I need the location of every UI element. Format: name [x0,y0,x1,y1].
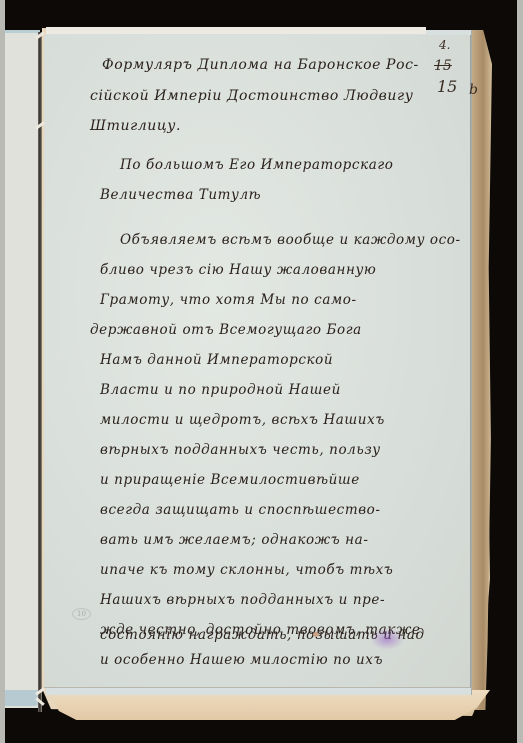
facing-page [5,30,40,708]
text-line: и приращеніе Всемилостивѣйше [100,472,360,488]
text-line: державной отъ Всемогущаго Бога [90,322,362,338]
text-line: вать имъ желаемъ; однакожъ на- [100,532,368,548]
text-line: всегда защищать и споспѣшество- [100,502,381,518]
text-line: Формуляръ Диплома на Баронское Рос- [102,57,419,73]
text-line: Власти и по природной Нашей [100,382,341,398]
edge-mark: b [469,82,478,98]
text-line: Величества Титулѣ [100,187,261,203]
text-line: По большомъ Его Императорскаго [120,157,394,173]
text-line: и особенно Нашею милостію по ихъ [100,652,383,668]
text-line: ипаче къ тому склонны, чтобъ тѣхъ [100,562,393,578]
text-line: бливо чрезъ сію Нашу жалованную [100,262,376,278]
binding-spine [38,32,42,712]
text-line: Намъ данной Императорской [100,352,333,368]
text-line: милости и щедротъ, всѣхъ Нашихъ [100,412,385,428]
text-line: Объявляемъ всѣмъ вообще и каждому осо- [120,232,461,248]
pencil-mark: 10 [72,608,91,620]
text-line: вѣрныхъ подданныхъ честь, пользу [100,442,381,458]
top-page-edge [46,27,426,34]
text-line: Грамоту, что хотя Мы по само- [100,292,357,308]
paper-stain [313,632,319,637]
text-line: сійской Имперіи Достоинство Людвигу [90,88,413,104]
folio-struck-number: 15 [434,58,452,74]
folio-mark: 4. [439,38,450,52]
scan-frame-right [517,0,523,743]
text-line: Нашихъ вѣрныхъ подданныхъ и пре- [100,592,385,608]
folio-number: 15 [437,77,457,96]
text-line: Штиглицу. [90,118,181,134]
ink-stamp-smudge [370,628,404,650]
